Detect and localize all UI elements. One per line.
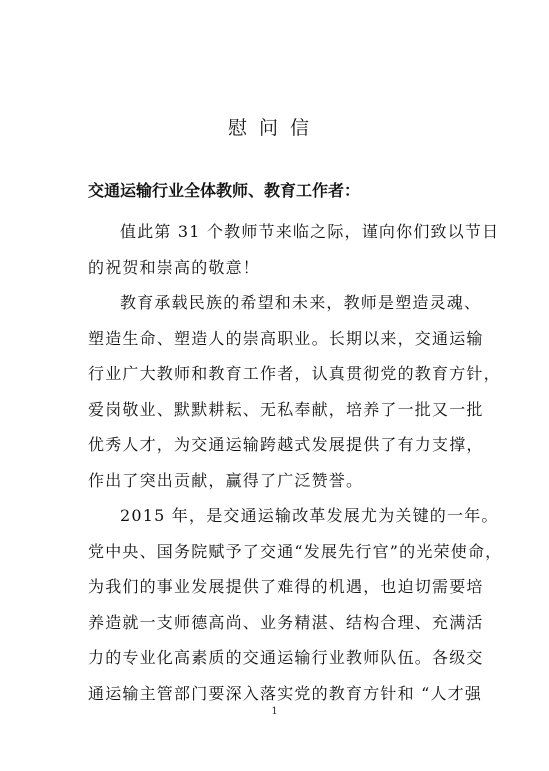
body-line: 作出了突出贡献，赢得了广泛赞誉。 xyxy=(88,463,460,499)
letter-body: 值此第 31 个教师节来临之际，谨向你们致以节日 的祝贺和崇高的敬意！ 教育承载… xyxy=(88,214,460,711)
body-line: 塑造生命、塑造人的崇高职业。长期以来，交通运输 xyxy=(88,321,460,357)
body-line: 教育承载民族的希望和未来，教师是塑造灵魂、 xyxy=(88,285,460,321)
document-title: 慰问信 xyxy=(0,113,549,140)
body-line: 爱岗敬业、默默耕耘、无私奉献，培养了一批又一批 xyxy=(88,392,460,428)
page-number: 1 xyxy=(0,706,549,717)
body-line: 党中央、国务院赋予了交通“发展先行官”的光荣使命， xyxy=(88,534,460,570)
body-line: 为我们的事业发展提供了难得的机遇，也迫切需要培 xyxy=(88,569,460,605)
body-line: 的祝贺和崇高的敬意！ xyxy=(88,250,460,286)
body-line: 2015 年，是交通运输改革发展尤为关键的一年。 xyxy=(88,498,460,534)
body-line: 值此第 31 个教师节来临之际，谨向你们致以节日 xyxy=(88,214,460,250)
body-line: 优秀人才，为交通运输跨越式发展提供了有力支撑， xyxy=(88,427,460,463)
body-line: 养造就一支师德高尚、业务精湛、结构合理、充满活 xyxy=(88,605,460,641)
salutation: 交通运输行业全体教师、教育工作者： xyxy=(88,178,360,201)
body-line: 力的专业化高素质的交通运输行业教师队伍。各级交 xyxy=(88,640,460,676)
body-line: 行业广大教师和教育工作者，认真贯彻党的教育方针， xyxy=(88,356,460,392)
